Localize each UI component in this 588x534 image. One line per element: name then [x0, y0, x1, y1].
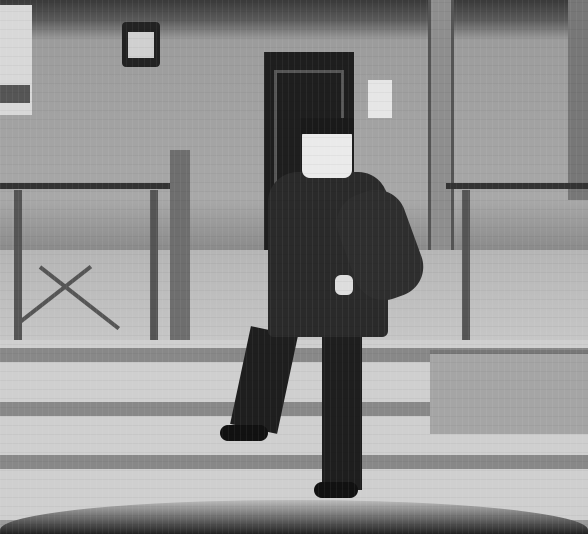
photograph — [0, 0, 588, 534]
film-grain — [0, 0, 588, 534]
